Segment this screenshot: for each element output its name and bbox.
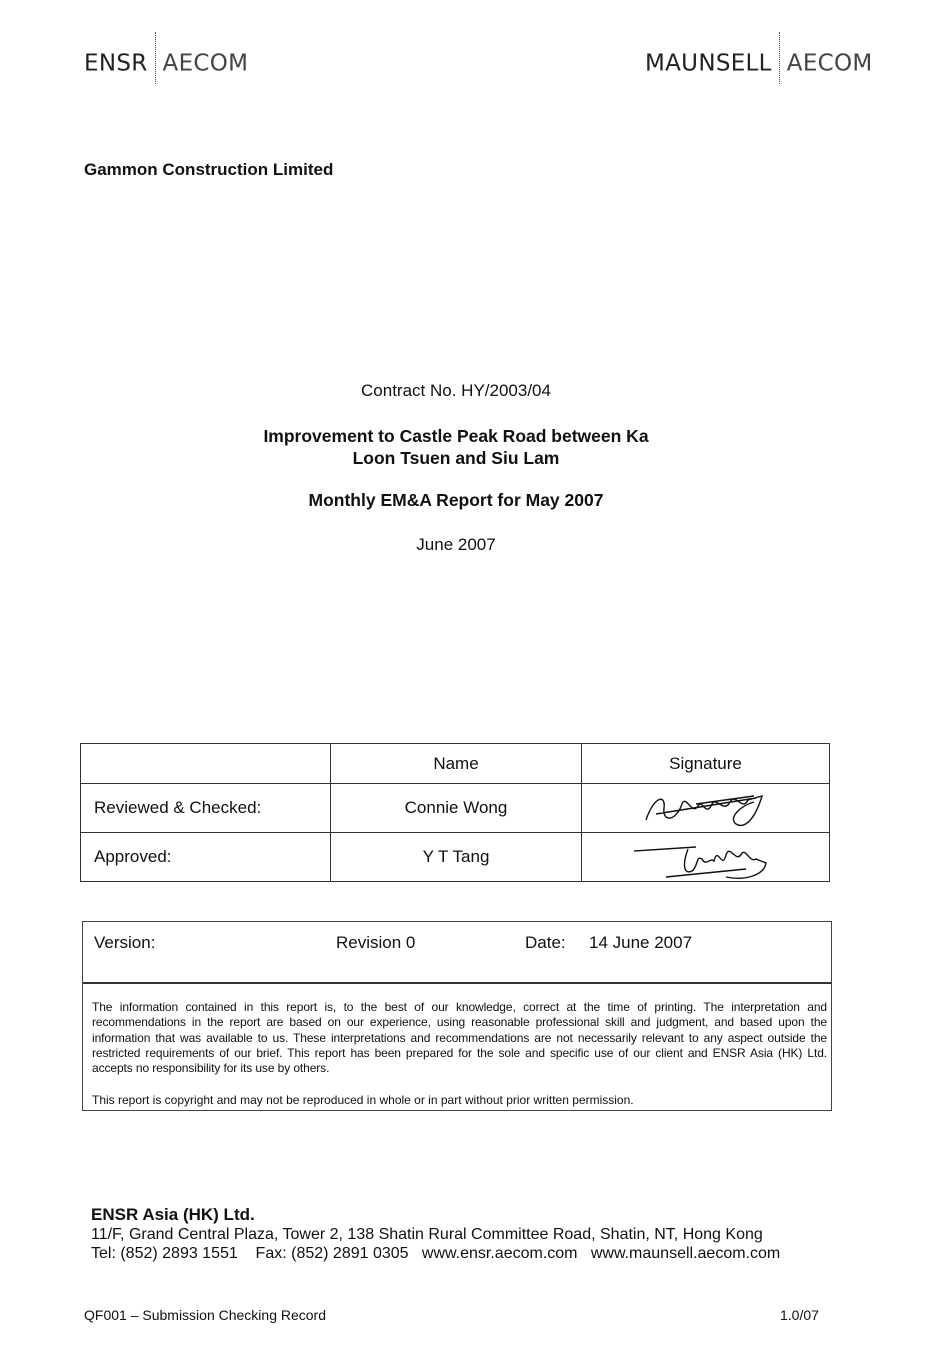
name-cell: Connie Wong (331, 784, 582, 833)
logo-primary: MAUNSELL (645, 51, 772, 77)
name-cell: Y T Tang (331, 833, 582, 882)
table-row: Approved: Y T Tang (81, 833, 830, 882)
client-name: Gammon Construction Limited (84, 160, 333, 180)
title-line-1: Improvement to Castle Peak Road between … (0, 425, 912, 447)
role-cell: Reviewed & Checked: (81, 784, 331, 833)
copyright-text: This report is copyright and may not be … (92, 1093, 634, 1107)
logo-divider (779, 32, 780, 84)
report-subtitle: Monthly EM&A Report for May 2007 (0, 490, 912, 511)
report-date: June 2007 (0, 535, 912, 555)
logo-secondary: AECOM (163, 51, 249, 77)
signoff-table: Name Signature Reviewed & Checked: Conni… (80, 743, 830, 882)
footer-form-id: QF001 – Submission Checking Record (84, 1307, 326, 1323)
company-name: ENSR Asia (HK) Ltd. (91, 1205, 255, 1225)
role-cell: Approved: (81, 833, 331, 882)
company-address: 11/F, Grand Central Plaza, Tower 2, 138 … (91, 1226, 763, 1244)
title-line-2: Loon Tsuen and Siu Lam (0, 447, 912, 469)
table-header-row: Name Signature (81, 744, 830, 784)
signature-cell (582, 833, 830, 882)
version-row: Version: Revision 0 Date: 14 June 2007 (83, 922, 831, 984)
version-label: Version: (94, 933, 155, 953)
header-cell (81, 744, 331, 784)
contract-number: Contract No. HY/2003/04 (0, 381, 912, 401)
signature-cell (582, 784, 830, 833)
header-cell: Name (331, 744, 582, 784)
signature-icon (626, 835, 786, 879)
version-value: Revision 0 (336, 933, 415, 953)
logo-primary: ENSR (84, 51, 148, 77)
date-value: 14 June 2007 (589, 933, 692, 953)
report-title: Improvement to Castle Peak Road between … (0, 425, 912, 469)
ensr-aecom-logo: ENSRAECOM (84, 38, 248, 90)
signature-icon (636, 786, 776, 830)
table-row: Reviewed & Checked: Connie Wong (81, 784, 830, 833)
header-cell: Signature (582, 744, 830, 784)
version-box: Version: Revision 0 Date: 14 June 2007 T… (82, 921, 832, 1111)
company-contact: Tel: (852) 2893 1551 Fax: (852) 2891 030… (91, 1245, 780, 1263)
footer-revision: 1.0/07 (780, 1307, 819, 1323)
maunsell-aecom-logo: MAUNSELLAECOM (645, 38, 873, 90)
disclaimer-text: The information contained in this report… (92, 1000, 827, 1076)
logo-secondary: AECOM (787, 51, 873, 77)
logo-divider (155, 32, 156, 84)
date-label: Date: (525, 933, 566, 953)
